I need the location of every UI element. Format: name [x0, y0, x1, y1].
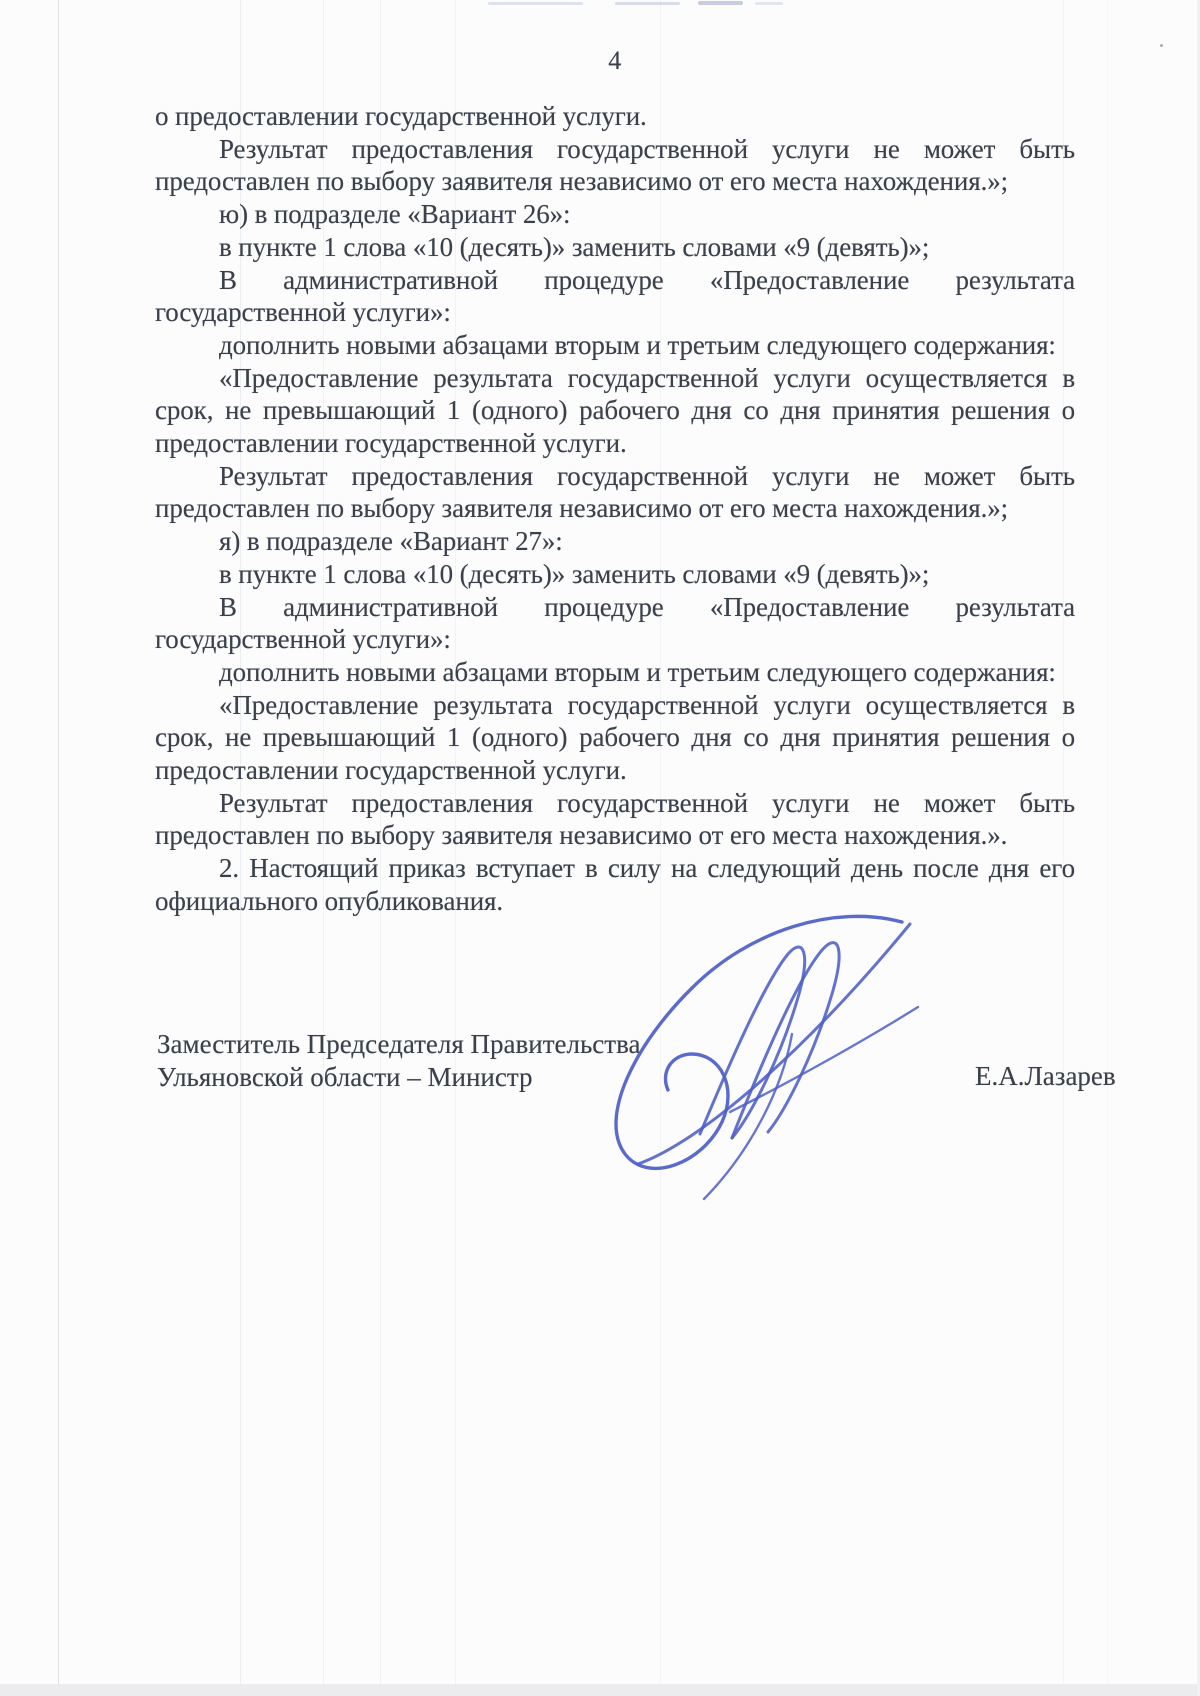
document-body: о предоставлении государственной услуги.…: [155, 100, 1075, 918]
scanned-document-page: 4 о предоставлении государственной услуг…: [0, 0, 1200, 1696]
scan-streak: [1107, 0, 1108, 1696]
document-paragraph: «Предоставление результата государственн…: [155, 689, 1075, 787]
document-paragraph: 2. Настоящий приказ вступает в силу на с…: [155, 852, 1075, 917]
signatory-position-line2: Ульяновской области – Министр: [157, 1061, 717, 1094]
scan-smudge: [488, 2, 583, 5]
document-paragraph: Результат предоставления государственной…: [155, 133, 1075, 198]
document-paragraph: В административной процедуре «Предоставл…: [155, 264, 1075, 329]
signatory-position-line1: Заместитель Председателя Правительства: [157, 1028, 717, 1061]
signatory-position: Заместитель Председателя Правительства У…: [157, 1028, 717, 1093]
document-paragraph: о предоставлении государственной услуги.: [155, 100, 1075, 133]
scan-bottom-edge: [0, 1684, 1200, 1696]
scan-smudge: [698, 1, 743, 5]
document-paragraph: дополнить новыми абзацами вторым и треть…: [155, 329, 1075, 362]
document-paragraph: «Предоставление результата государственн…: [155, 362, 1075, 460]
document-paragraph: ю) в подразделе «Вариант 26»:: [155, 198, 1075, 231]
scan-speck: [1160, 44, 1163, 47]
page-number: 4: [155, 46, 1075, 76]
signatory-name: Е.А.Лазарев: [975, 1060, 1145, 1093]
document-paragraph: Результат предоставления государственной…: [155, 460, 1075, 525]
document-paragraph: В административной процедуре «Предоставл…: [155, 591, 1075, 656]
scan-streak: [58, 0, 59, 1696]
document-paragraph: дополнить новыми абзацами вторым и треть…: [155, 656, 1075, 689]
scan-smudge: [755, 2, 783, 5]
document-paragraph: в пункте 1 слова «10 (десять)» заменить …: [155, 231, 1075, 264]
scan-smudge: [615, 2, 680, 5]
document-paragraph: Результат предоставления государственной…: [155, 787, 1075, 852]
document-paragraph: в пункте 1 слова «10 (десять)» заменить …: [155, 558, 1075, 591]
document-paragraph: я) в подразделе «Вариант 27»:: [155, 525, 1075, 558]
